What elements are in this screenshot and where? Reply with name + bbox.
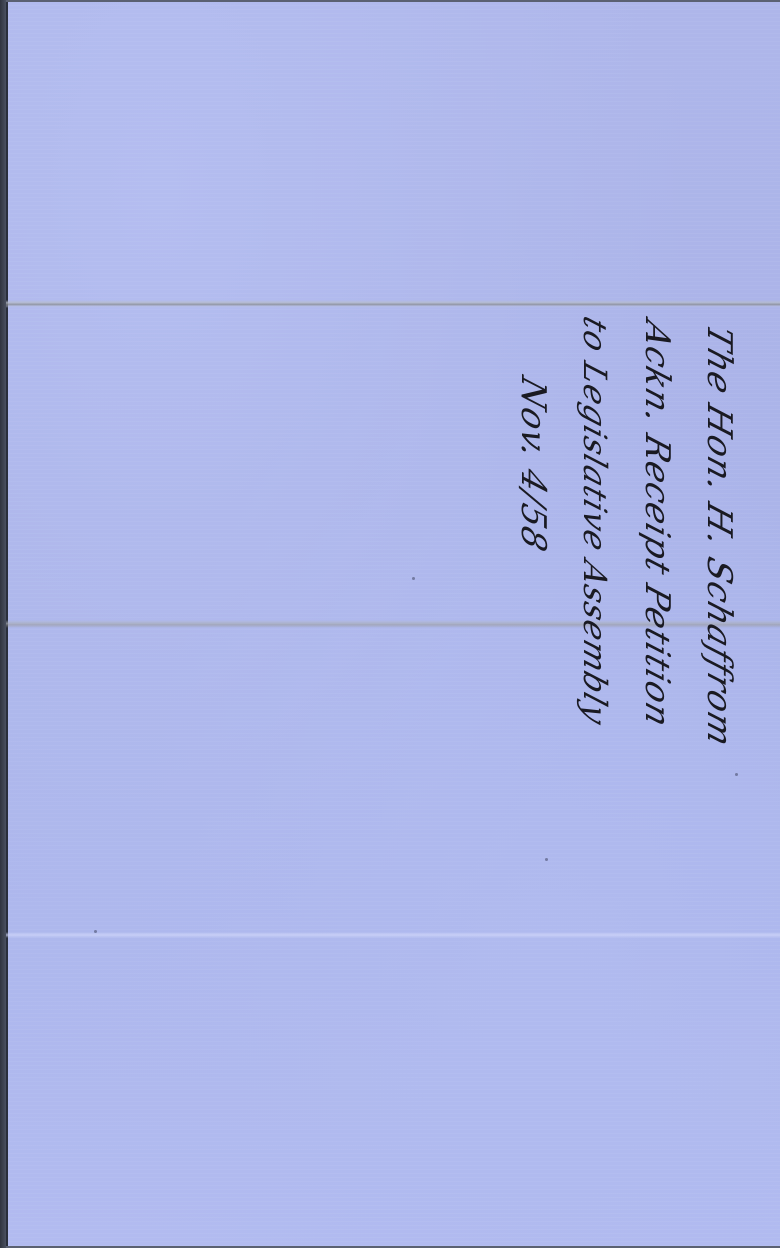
docket-date: Nov. 4/58: [502, 368, 564, 638]
docket-subject: Ackn. Receipt Petition: [626, 312, 688, 638]
handwritten-docket: The Hon. H. Schaffrom Ackn. Receipt Peti…: [480, 318, 780, 588]
docket-text-block: The Hon. H. Schaffrom Ackn. Receipt Peti…: [502, 318, 750, 628]
paper-speck: [735, 773, 738, 776]
docket-addressee: The Hon. H. Schaffrom: [688, 316, 750, 638]
fold-line-upper: [6, 300, 780, 308]
paper-speck: [94, 930, 97, 933]
paper-speck: [545, 858, 548, 861]
docket-recipient: to Legislative Assembly: [564, 308, 626, 638]
paper-speck: [412, 577, 415, 580]
fold-line-lower: [6, 932, 780, 938]
